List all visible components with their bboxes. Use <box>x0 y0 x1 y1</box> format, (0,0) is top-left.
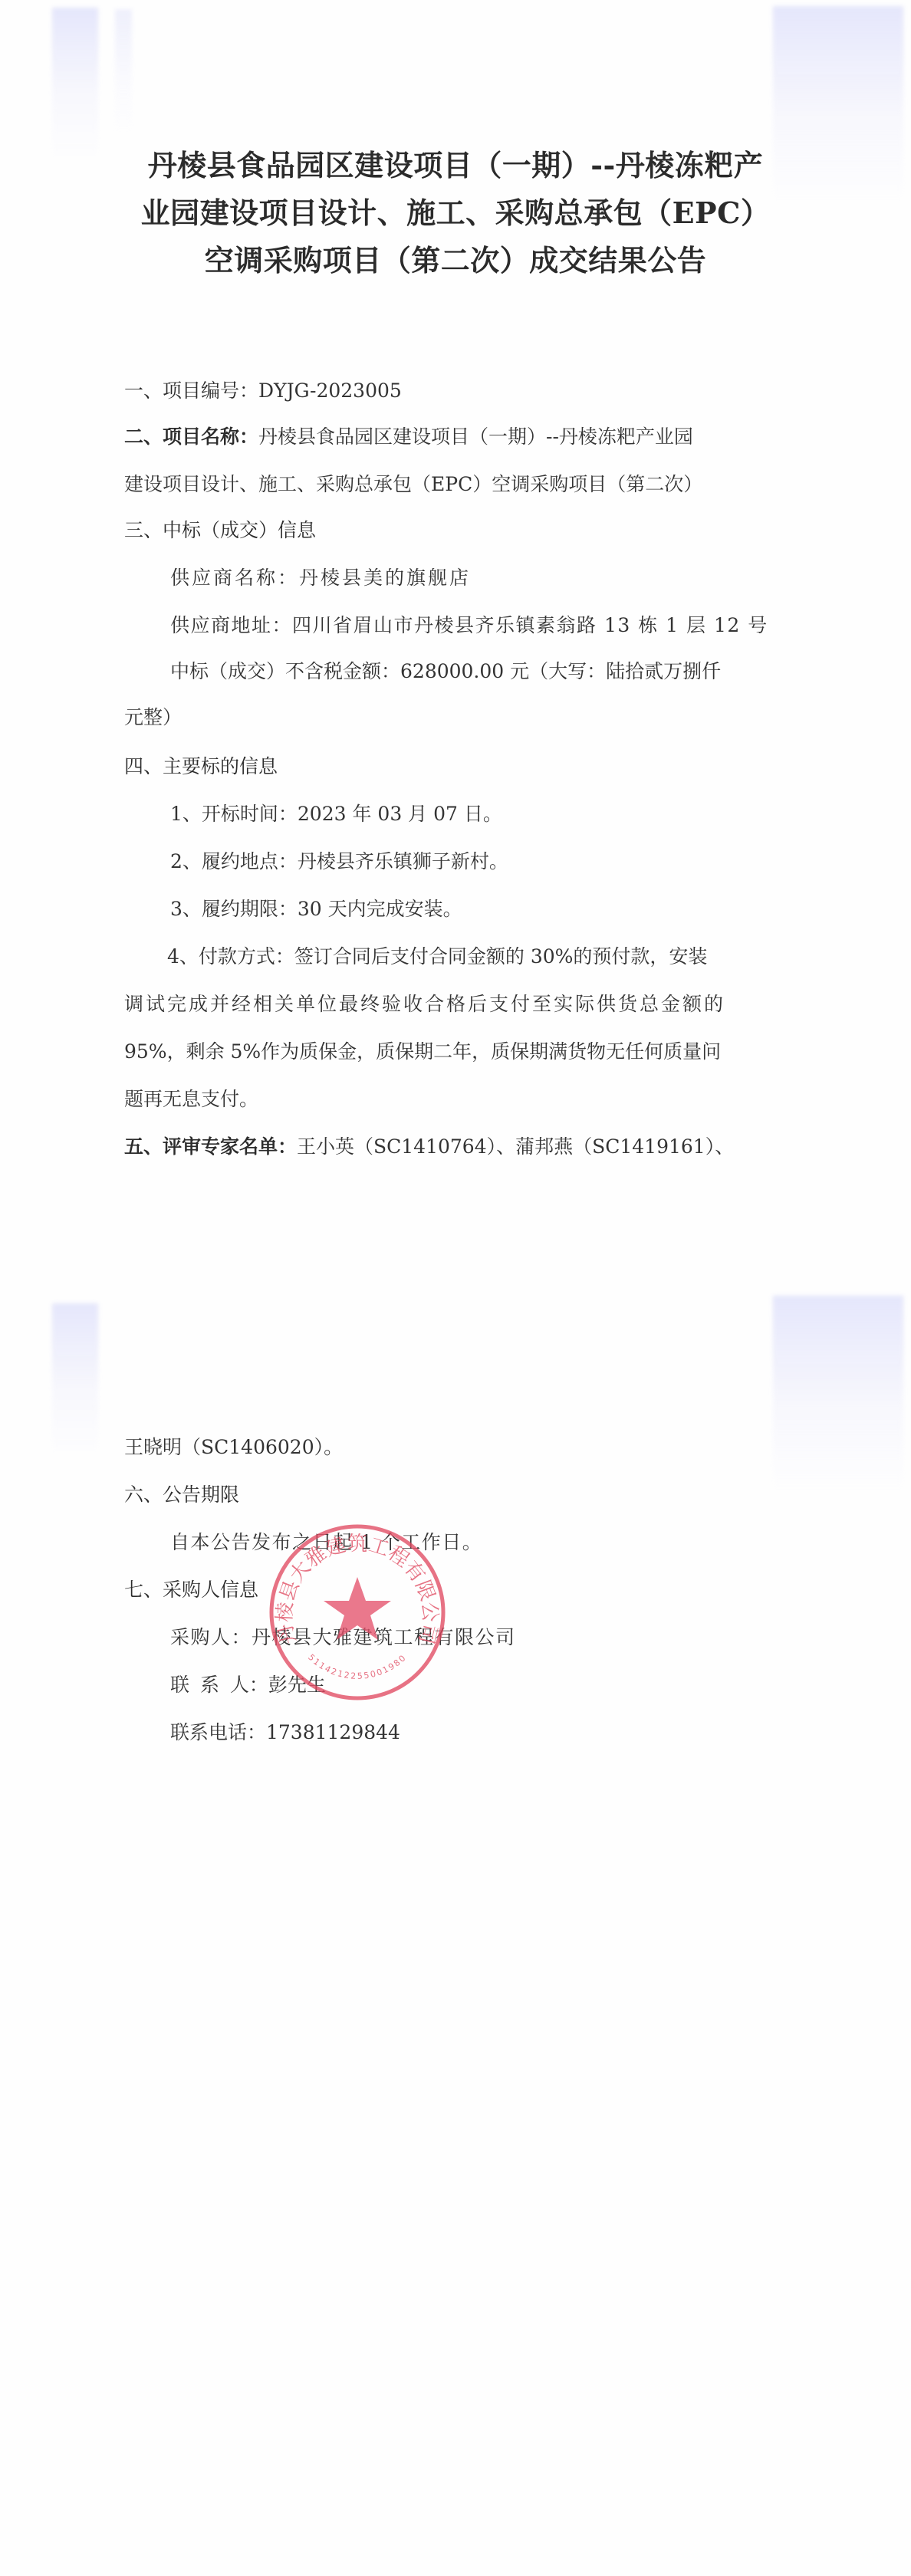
supplier-address: 供应商地址：四川省眉山市丹棱县齐乐镇素翁路 13 栋 1 层 12 号 <box>170 613 768 638</box>
scan-artifact <box>52 1303 98 1457</box>
project-name-continued: 建设项目设计、施工、采购总承包（EPC）空调采购项目（第二次） <box>124 472 702 497</box>
section-heading: 七、采购人信息 <box>124 1578 258 1602</box>
subject-item: 2、履约地点：丹棱县齐乐镇狮子新村。 <box>170 849 508 874</box>
award-amount: 中标（成交）不含税金额：628000.00 元（大写：陆拾贰万捌仟 <box>170 659 721 684</box>
payment-terms-continued: 95%，剩余 5%作为质保金，质保期二年，质保期满货物无任何质量问 <box>124 1040 721 1064</box>
experts-list-continued: 王晓明（SC1406020）。 <box>124 1435 343 1460</box>
purchaser-contact: 联 系 人：彭先生 <box>170 1673 326 1697</box>
supplier-name: 供应商名称：丹棱县美的旗舰店 <box>170 566 471 590</box>
project-number-value: DYJG-2023005 <box>258 379 402 402</box>
document-title: 丹棱县食品园区建设项目（一期）--丹棱冻粑产 业园建设项目设计、施工、采购总承包… <box>0 142 911 284</box>
section-heading: 五、评审专家名单： <box>124 1135 297 1158</box>
subject-item: 3、履约期限：30 天内完成安装。 <box>170 897 462 922</box>
section-heading: 一、项目编号： <box>124 379 258 402</box>
purchaser-name: 采购人：丹棱县大雅建筑工程有限公司 <box>170 1625 516 1650</box>
payment-terms-continued: 调试完成并经相关单位最终验收合格后支付至实际供货总金额的 <box>124 992 725 1017</box>
title-line: 丹棱县食品园区建设项目（一期）--丹棱冻粑产 <box>0 142 911 189</box>
scan-artifact <box>52 8 98 161</box>
experts-list: 王小英（SC1410764）、蒲邦燕（SC1419161）、 <box>297 1135 734 1158</box>
title-line: 空调采购项目（第二次）成交结果公告 <box>0 237 911 284</box>
section-heading: 四、主要标的信息 <box>124 754 278 779</box>
document-page-1: 丹棱县食品园区建设项目（一期）--丹棱冻粑产 业园建设项目设计、施工、采购总承包… <box>0 0 911 1296</box>
payment-terms: 4、付款方式：签订合同后支付合同金额的 30%的预付款，安装 <box>167 945 707 969</box>
subject-item: 1、开标时间：2023 年 03 月 07 日。 <box>170 802 502 826</box>
section-heading: 六、公告期限 <box>124 1483 239 1507</box>
notice-period-text: 自本公告发布之日起 1 个工作日。 <box>170 1530 482 1555</box>
payment-terms-continued: 题再无息支付。 <box>124 1087 258 1112</box>
title-line: 业园建设项目设计、施工、采购总承包（EPC） <box>0 189 911 237</box>
scan-artifact <box>115 9 132 140</box>
purchaser-phone: 联系电话：17381129844 <box>170 1720 400 1745</box>
project-number-row: 一、项目编号：DYJG-2023005 <box>124 379 402 403</box>
scan-artifact <box>773 1296 903 1495</box>
experts-row: 五、评审专家名单：王小英（SC1410764）、蒲邦燕（SC1419161）、 <box>124 1135 734 1159</box>
award-amount-continued: 元整） <box>124 705 182 730</box>
section-heading: 二、项目名称： <box>124 426 258 448</box>
project-name-value: 丹棱县食品园区建设项目（一期）--丹棱冻粑产业园 <box>258 426 693 448</box>
section-heading: 三、中标（成交）信息 <box>124 518 316 543</box>
project-name-row: 二、项目名称：丹棱县食品园区建设项目（一期）--丹棱冻粑产业园 <box>124 425 693 449</box>
